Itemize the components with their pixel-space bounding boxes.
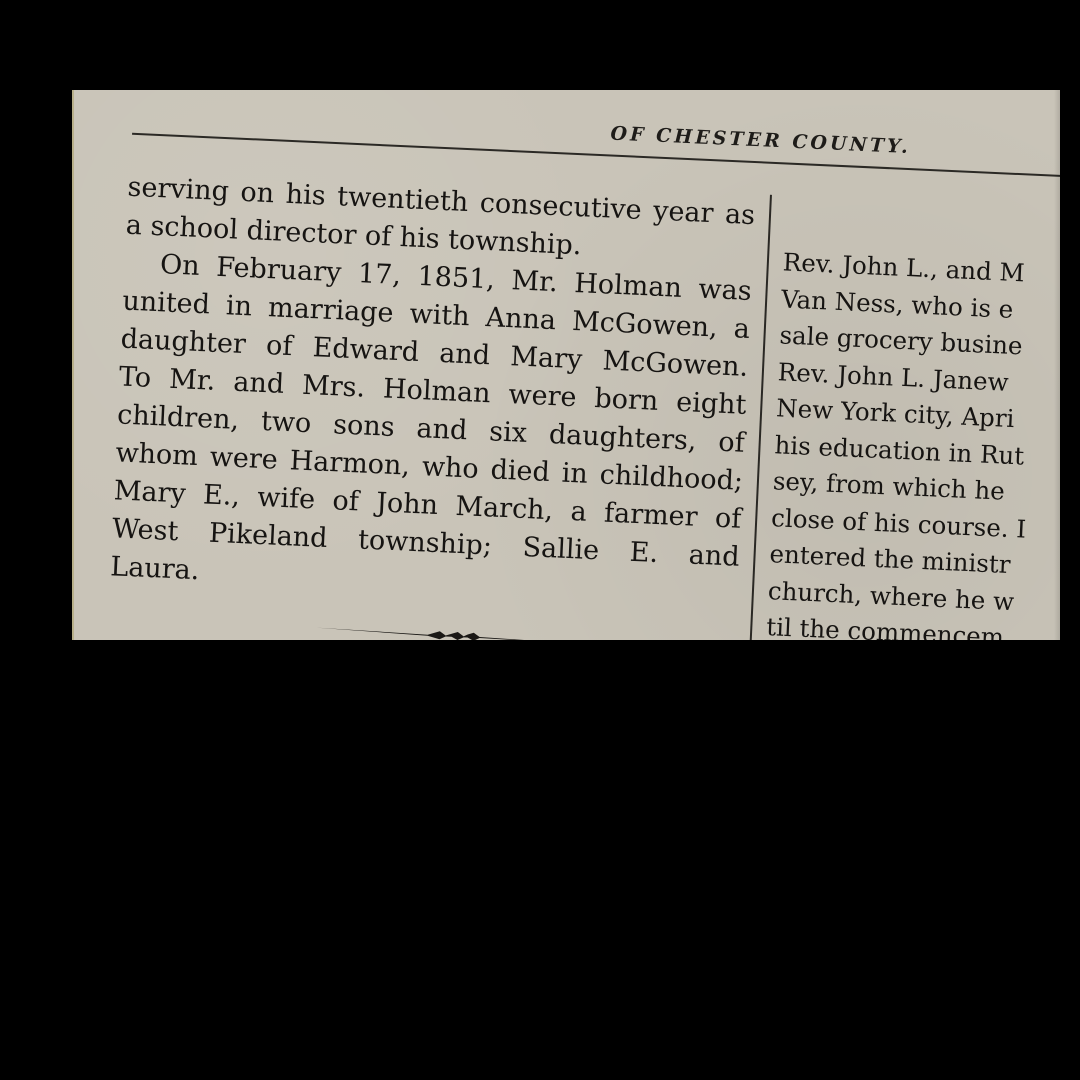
header-rule <box>132 133 1060 179</box>
running-head: OF CHESTER COUNTY. <box>610 122 911 158</box>
book-page: OF CHESTER COUNTY. serving on his twenti… <box>72 90 1060 640</box>
right-column: Rev. John L., and M Van Ness, who is e s… <box>766 244 1060 640</box>
left-column: serving on his twentieth consecutive yea… <box>110 169 756 615</box>
page-edge <box>1054 90 1060 640</box>
page-content: OF CHESTER COUNTY. serving on his twenti… <box>72 90 1059 640</box>
section-divider-ornament-icon <box>315 622 575 640</box>
